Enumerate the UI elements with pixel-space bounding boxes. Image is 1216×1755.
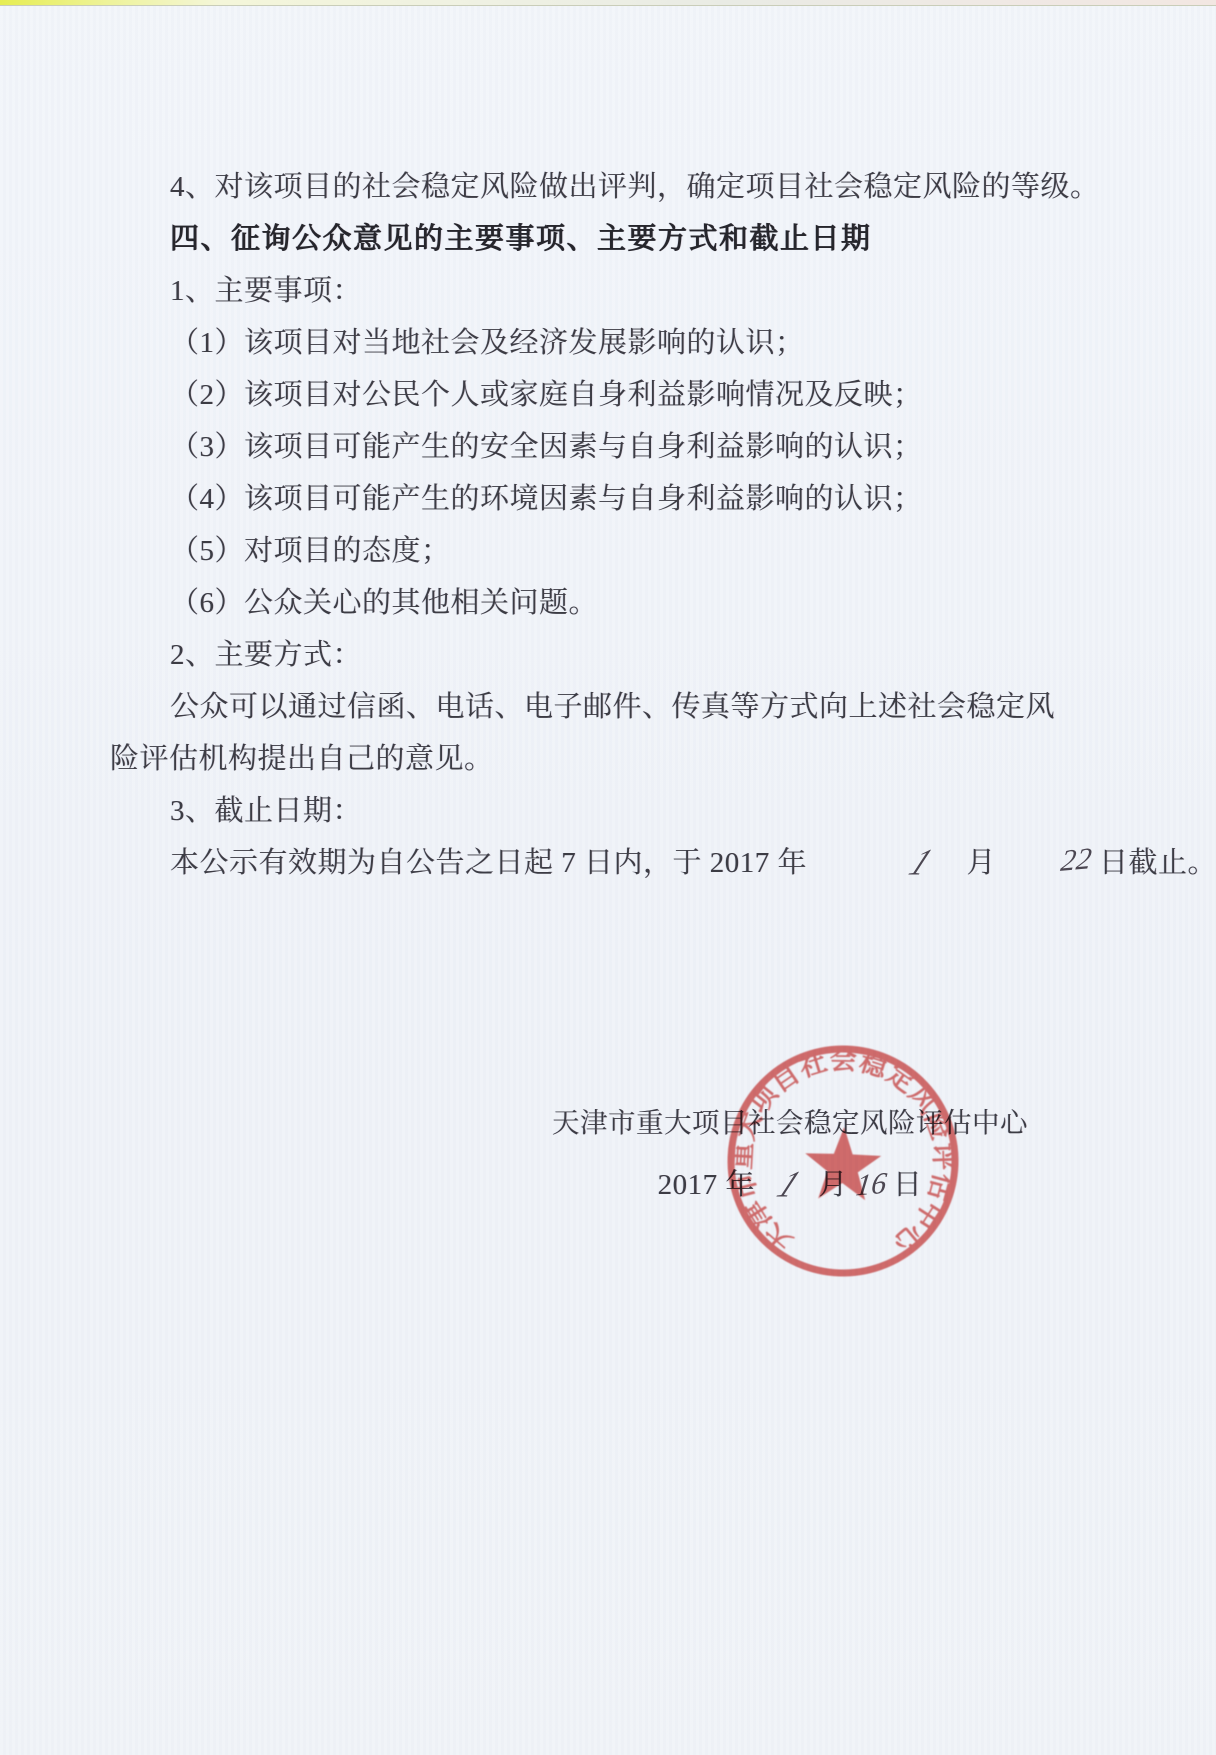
seal-graphic: 天津市重大项目社会稳定风险评估中心 [714,1032,973,1291]
paragraph-contact-method-line2: 险评估机构提出自己的意见。 [110,733,1110,785]
paragraph-deadline-date: 本公示有效期为自公告之日起 7 日内，于 2017 年1月22日截止。 [110,837,1110,889]
subheading-deadline: 3、截止日期： [110,785,1110,837]
handwritten-month-digit: 1 [836,831,945,896]
list-item-1: （1）该项目对当地社会及经济发展影响的认识； [110,317,1110,369]
seal-star-icon [804,1126,882,1201]
subheading-main-method: 2、主要方式： [110,629,1110,681]
deadline-suffix: 日截止。 [1099,847,1216,879]
paragraph-risk-judgement: 4、对该项目的社会稳定风险做出评判，确定项目社会稳定风险的等级。 [110,161,1110,213]
deadline-prefix: 本公示有效期为自公告之日起 7 日内，于 2017 年 [170,847,807,879]
subheading-main-matters: 1、主要事项： [110,265,1110,317]
official-seal: 天津市重大项目社会稳定风险评估中心 [714,1032,973,1291]
list-item-3: （3）该项目可能产生的安全因素与自身利益影响的认识； [110,421,1110,473]
list-item-4: （4）该项目可能产生的环境因素与自身利益影响的认识； [110,473,1110,525]
list-item-6: （6）公众关心的其他相关问题。 [110,577,1110,629]
list-item-5: （5）对项目的态度； [110,525,1110,577]
list-item-2: （2）该项目对公民个人或家庭自身利益影响情况及反映； [110,369,1110,421]
scanner-edge-artifact [0,0,1216,6]
paragraph-contact-method-line1: 公众可以通过信函、电话、电子邮件、传真等方式向上述社会稳定风 [110,681,1110,733]
section-heading-4: 四、征询公众意见的主要事项、主要方式和截止日期 [110,213,1110,265]
scanned-document-page: 4、对该项目的社会稳定风险做出评判，确定项目社会稳定风险的等级。 四、征询公众意… [0,0,1216,1755]
deadline-month-label: 月 [967,847,997,879]
handwritten-day-digits: 22 [998,833,1095,894]
document-body: 4、对该项目的社会稳定风险做出评判，确定项目社会稳定风险的等级。 四、征询公众意… [110,161,1110,889]
